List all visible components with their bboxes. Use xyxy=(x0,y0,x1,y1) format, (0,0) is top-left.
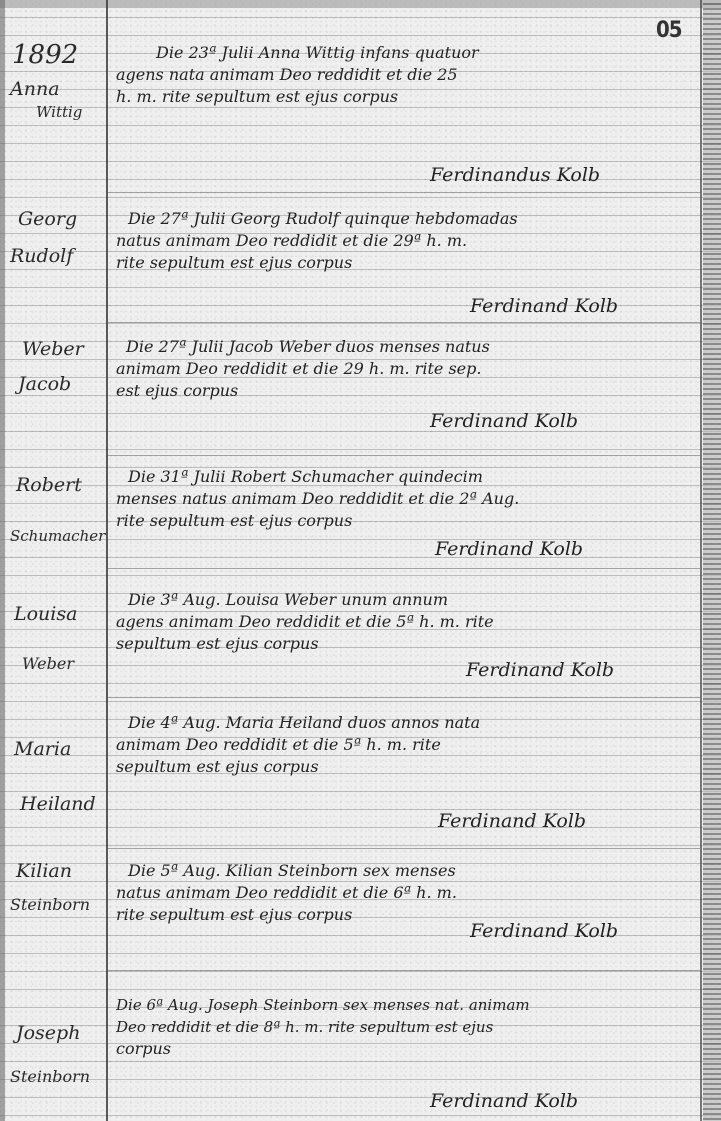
register-year: 1892 xyxy=(12,40,78,70)
priest-signature: Ferdinand Kolb xyxy=(470,920,618,942)
entry-text: Die 27ª Julii Georg Rudolf quinque hebdo… xyxy=(116,208,696,274)
margin-rule xyxy=(106,0,108,1121)
entry-name: Maria Heiland xyxy=(10,740,106,814)
entry-divider xyxy=(108,568,700,569)
entry-text: Die 3ª Aug. Louisa Weber unum annum agen… xyxy=(116,589,696,655)
entry-text: Die 6ª Aug. Joseph Steinborn sex menses … xyxy=(116,994,696,1060)
entry-name: Louisa Weber xyxy=(10,605,106,672)
scan-right-edge xyxy=(703,0,721,1121)
entry-divider xyxy=(108,192,700,193)
entry-name: Weber Jacob xyxy=(10,340,106,394)
scan-top-edge xyxy=(0,0,721,8)
entry-divider xyxy=(108,322,700,323)
right-margin-rule xyxy=(700,0,702,1121)
scan-left-edge xyxy=(0,0,5,1121)
priest-signature: Ferdinand Kolb xyxy=(430,410,578,432)
priest-signature: Ferdinand Kolb xyxy=(466,659,614,681)
entry-divider xyxy=(108,455,700,456)
entry-divider xyxy=(108,848,700,849)
priest-signature: Ferdinandus Kolb xyxy=(430,164,600,186)
entry-name: Anna Wittig xyxy=(10,80,106,120)
priest-signature: Ferdinand Kolb xyxy=(470,295,618,317)
entry-name: Robert Schumacher xyxy=(10,476,106,544)
entry-text: Die 23ª Julii Anna Wittig infans quatuor… xyxy=(116,42,696,108)
entry-name: Kilian Steinborn xyxy=(10,862,106,913)
priest-signature: Ferdinand Kolb xyxy=(438,810,586,832)
entry-divider xyxy=(108,697,700,698)
entry-text: Die 5ª Aug. Kilian Steinborn sex menses … xyxy=(116,860,696,926)
entry-text: Die 31ª Julii Robert Schumacher quindeci… xyxy=(116,466,696,532)
page-number: 05 xyxy=(656,18,682,43)
priest-signature: Ferdinand Kolb xyxy=(430,1090,578,1112)
entry-name: Joseph Steinborn xyxy=(10,1024,106,1085)
entry-text: Die 4ª Aug. Maria Heiland duos annos nat… xyxy=(116,712,696,778)
register-page: 05 1892 Anna Wittig Die 23ª Julii Anna W… xyxy=(0,0,721,1121)
priest-signature: Ferdinand Kolb xyxy=(435,538,583,560)
entry-text: Die 27ª Julii Jacob Weber duos menses na… xyxy=(116,336,696,402)
entry-divider xyxy=(108,970,700,971)
entry-name: Georg Rudolf xyxy=(10,210,106,266)
